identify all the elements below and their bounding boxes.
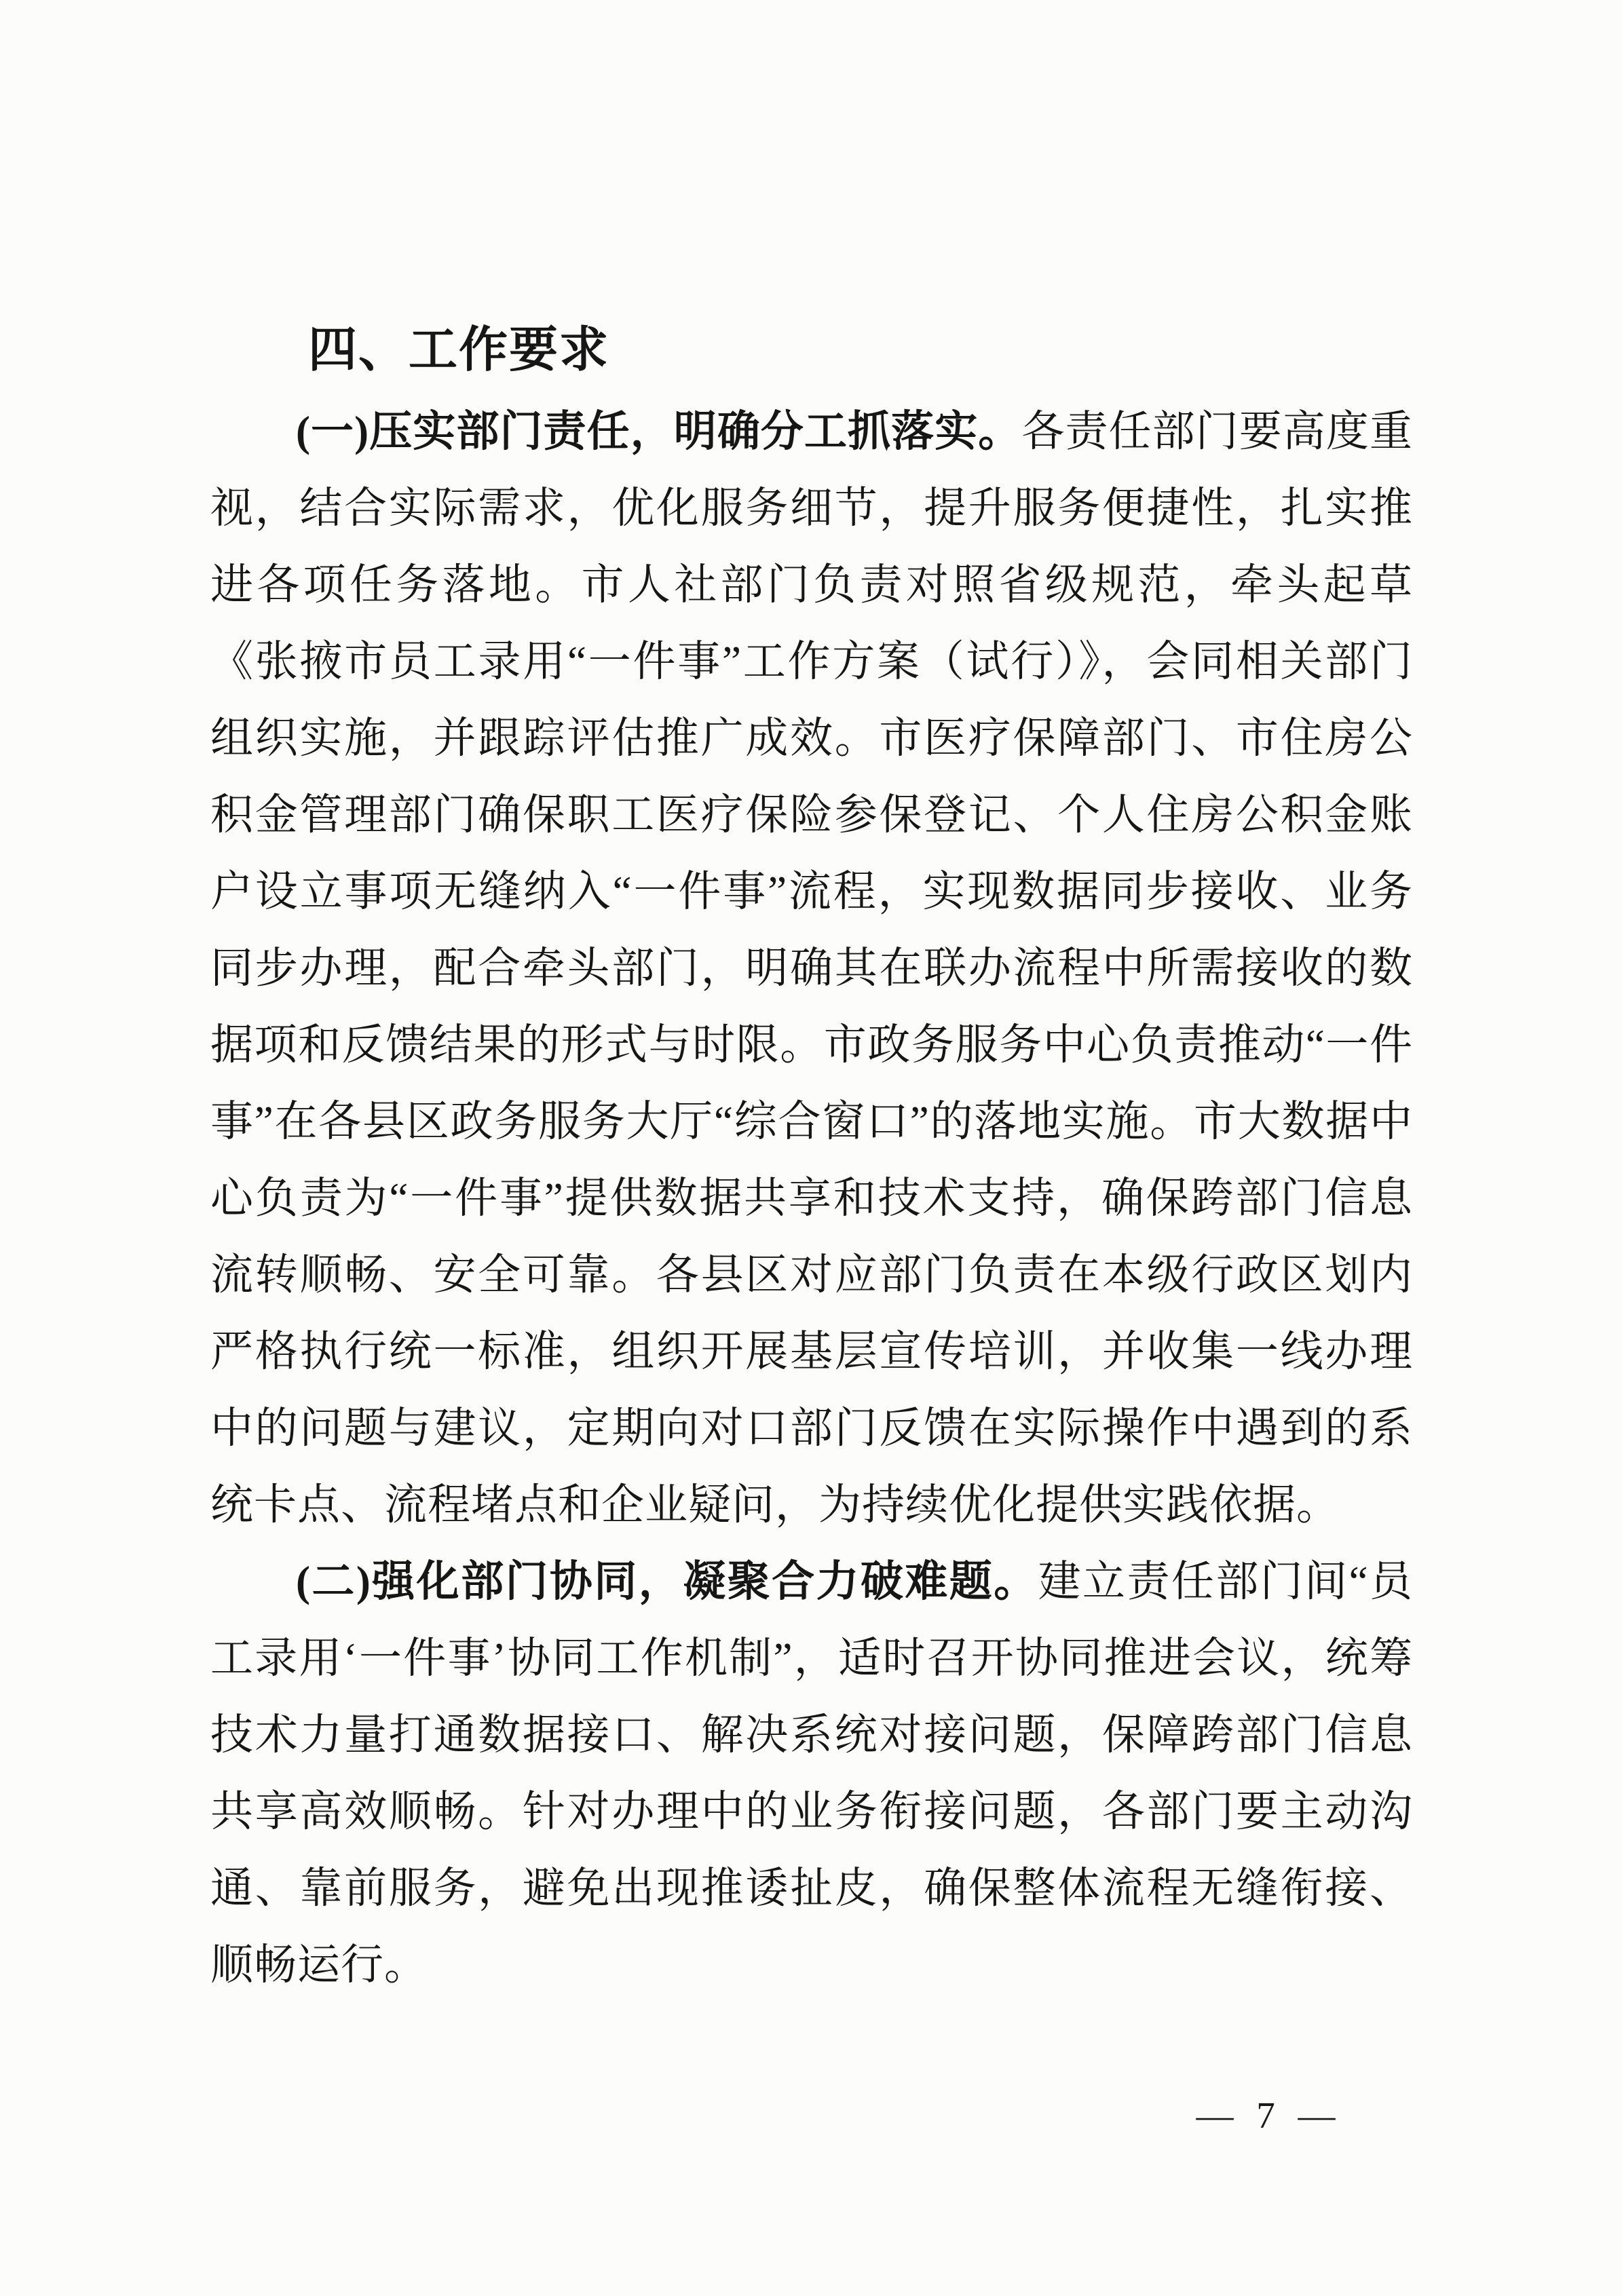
paragraph-2: (二)强化部门协同，凝聚合力破难题。建立责任部门间“员工录用‘一件事’协同工作机… bbox=[210, 1544, 1413, 2004]
paragraph-2-lead: (二)强化部门协同，凝聚合力破难题。 bbox=[296, 1558, 1038, 1605]
paragraph-2-text: 建立责任部门间“员工录用‘一件事’协同工作机制”，适时召开协同推进会议，统筹技术… bbox=[210, 1558, 1413, 1989]
section-heading: 四、工作要求 bbox=[210, 307, 1413, 394]
paragraph-1-text: 各责任部门要高度重视，结合实际需求，优化服务细节，提升服务便捷性，扎实推进各项任… bbox=[210, 408, 1413, 1529]
document-page: 四、工作要求 (一)压实部门责任，明确分工抓落实。各责任部门要高度重视，结合实际… bbox=[0, 0, 1622, 2296]
paragraph-1-lead: (一)压实部门责任，明确分工抓落实。 bbox=[296, 408, 1021, 455]
document-body: 四、工作要求 (一)压实部门责任，明确分工抓落实。各责任部门要高度重视，结合实际… bbox=[210, 307, 1413, 2004]
paragraph-1: (一)压实部门责任，明确分工抓落实。各责任部门要高度重视，结合实际需求，优化服务… bbox=[210, 394, 1413, 1544]
page-number: — 7 — bbox=[1157, 2095, 1381, 2136]
